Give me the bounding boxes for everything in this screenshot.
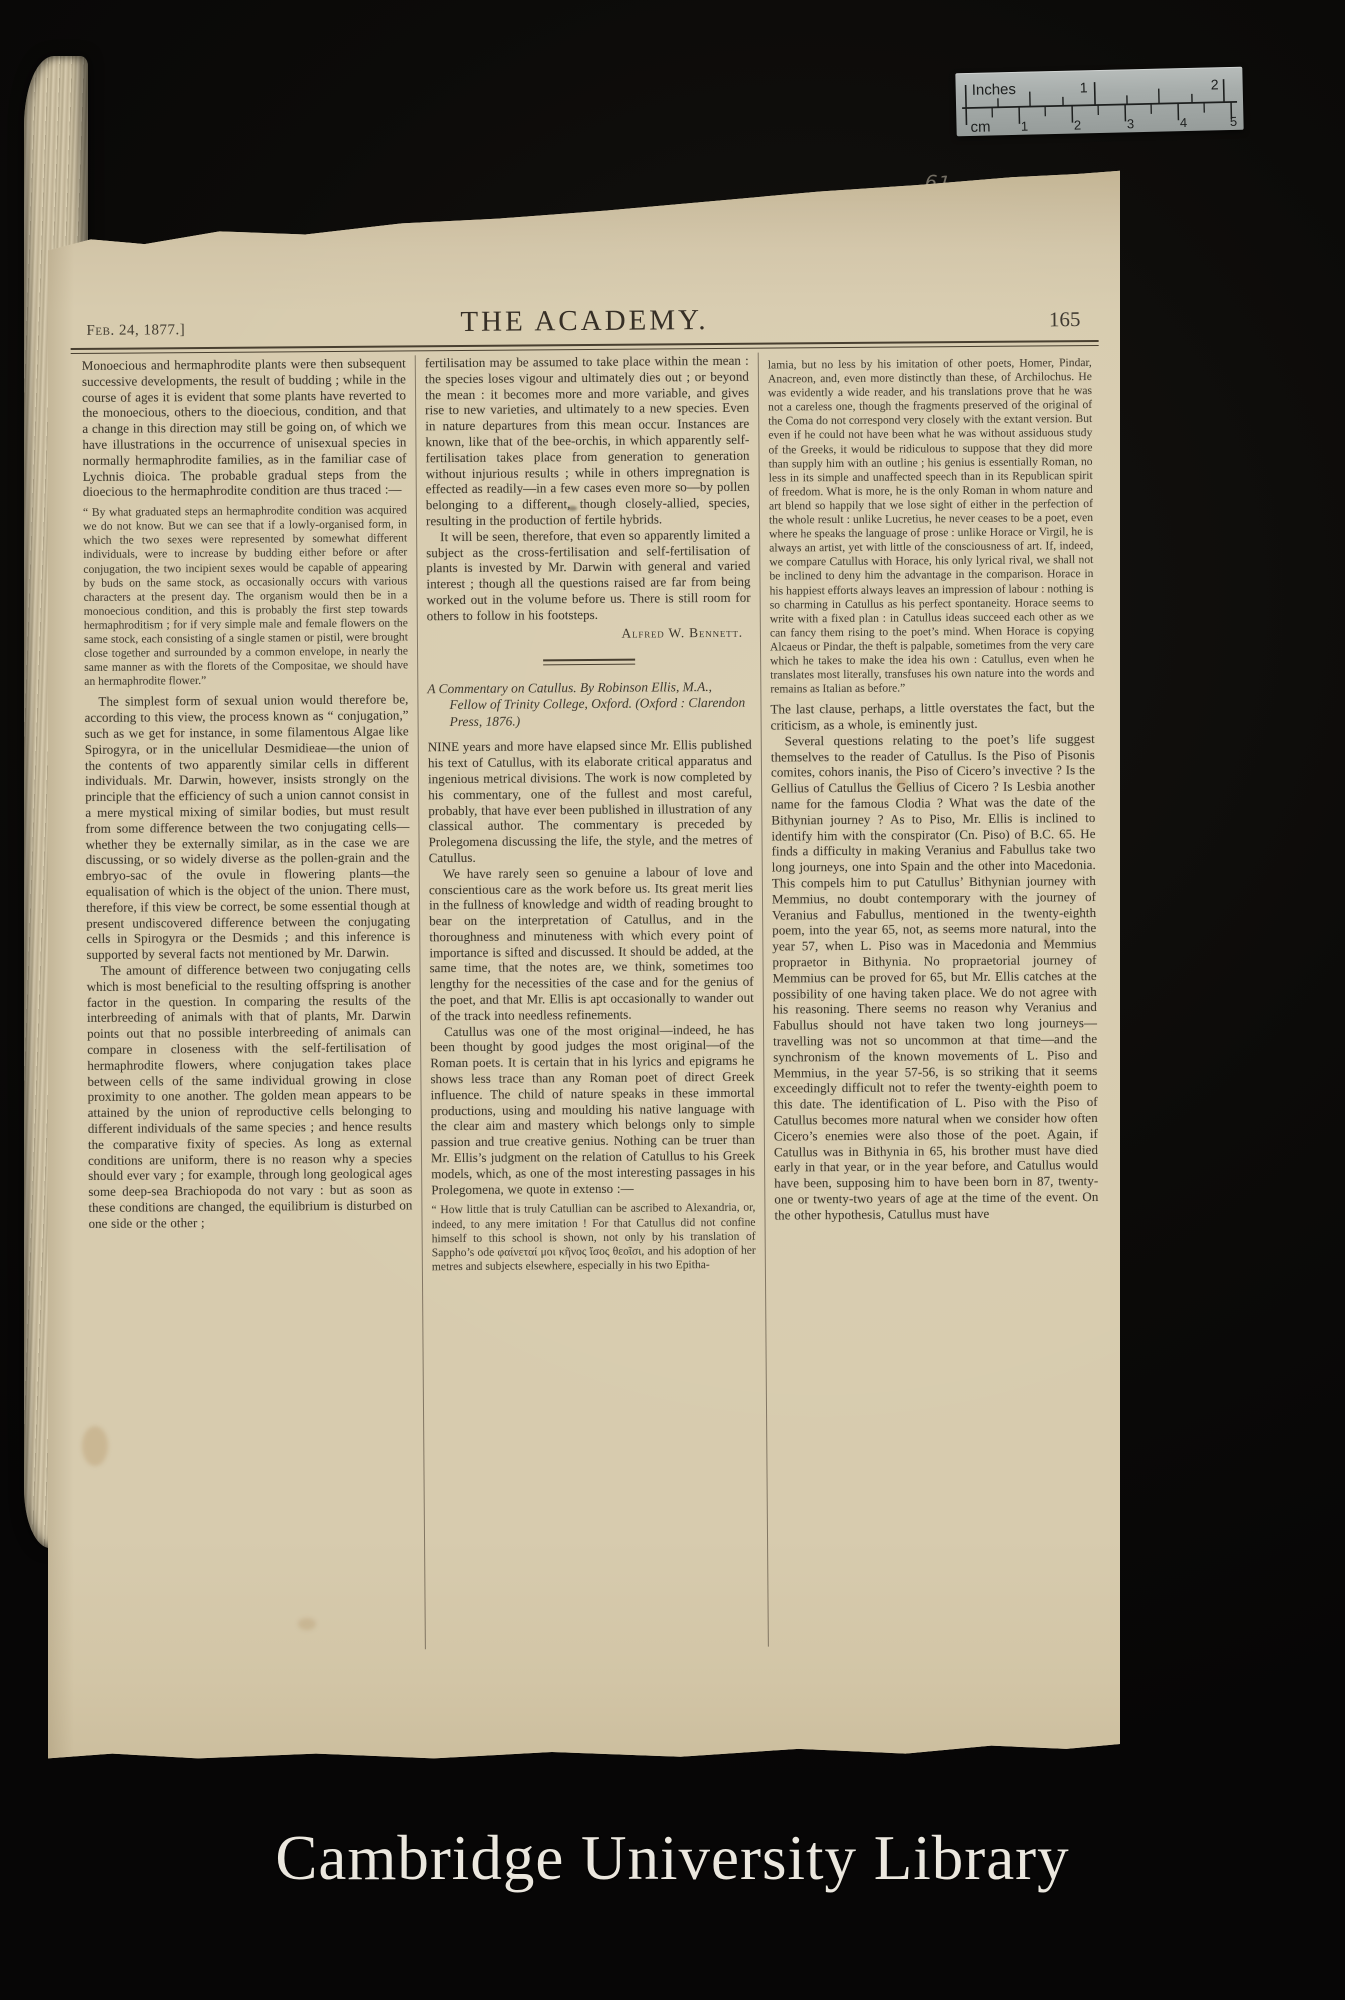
ruler-cm-3: 3 (1127, 116, 1135, 131)
ruler-cm-1: 1 (1021, 119, 1029, 134)
paragraph: fertilisation may be assumed to take pla… (425, 353, 750, 529)
measurement-ruler: Inches 1 2 cm 1 2 3 4 5 (955, 67, 1243, 136)
paragraph: The last clause, perhaps, a little overs… (770, 699, 1094, 733)
journal-title: THE ACADEMY. (74, 301, 1094, 342)
masthead: Feb. 24, 1877.] THE ACADEMY. 165 (74, 302, 1094, 342)
ruler-cm-label: cm (970, 118, 990, 135)
article-heading: A Commentary on Catullus. By Robinson El… (427, 678, 751, 730)
column-2: fertilisation may be assumed to take pla… (416, 353, 768, 1648)
paragraph: The simplest form of sexual union would … (84, 692, 410, 963)
ruler-inch-1: 1 (1080, 79, 1088, 95)
paragraph: Monoecious and hermaphrodite plants were… (82, 355, 407, 500)
article-divider (543, 658, 635, 665)
photo-background: Inches 1 2 cm 1 2 3 4 5 61 Feb. 24, 1877… (0, 0, 1345, 2000)
paragraph: The amount of difference between two con… (86, 960, 412, 1231)
paragraph: Several questions relating to the poet’s… (771, 731, 1099, 1223)
quoted-extract: “ How little that is truly Catullian can… (431, 1201, 756, 1274)
quoted-extract: lamia, but no less by his imitation of o… (768, 356, 1095, 697)
ruler-inch-2: 2 (1211, 76, 1219, 92)
ruler-cm-5: 5 (1230, 114, 1238, 129)
reviewer-signature: Alfred W. Bennett. (427, 624, 743, 642)
paragraph: It will be seen, therefore, that even so… (426, 526, 751, 623)
ruler-cm-2: 2 (1074, 117, 1082, 132)
printed-area: Feb. 24, 1877.] THE ACADEMY. 165 Monoeci… (43, 162, 1127, 1764)
library-watermark: Cambridge University Library (0, 1822, 1345, 1895)
ruler-scale-graphic: Inches 1 2 cm 1 2 3 4 5 (955, 67, 1243, 136)
column-1: Monoecious and hermaphrodite plants were… (73, 355, 425, 1650)
journal-page: Feb. 24, 1877.] THE ACADEMY. 165 Monoeci… (48, 166, 1120, 1760)
paragraph: Catullus was one of the most original—in… (430, 1021, 755, 1197)
text-columns: Monoecious and hermaphrodite plants were… (73, 350, 1111, 1652)
ruler-cm-4: 4 (1180, 115, 1188, 130)
ruler-inches-label: Inches (972, 81, 1017, 99)
paragraph: NINE years and more have elapsed since M… (428, 737, 753, 866)
quoted-extract: “ By what graduated steps an hermaphrodi… (83, 504, 408, 690)
column-3: lamia, but no less by his imitation of o… (759, 350, 1111, 1645)
page-number: 165 (1049, 307, 1081, 332)
paragraph: We have rarely seen so genuine a labour … (429, 863, 754, 1024)
